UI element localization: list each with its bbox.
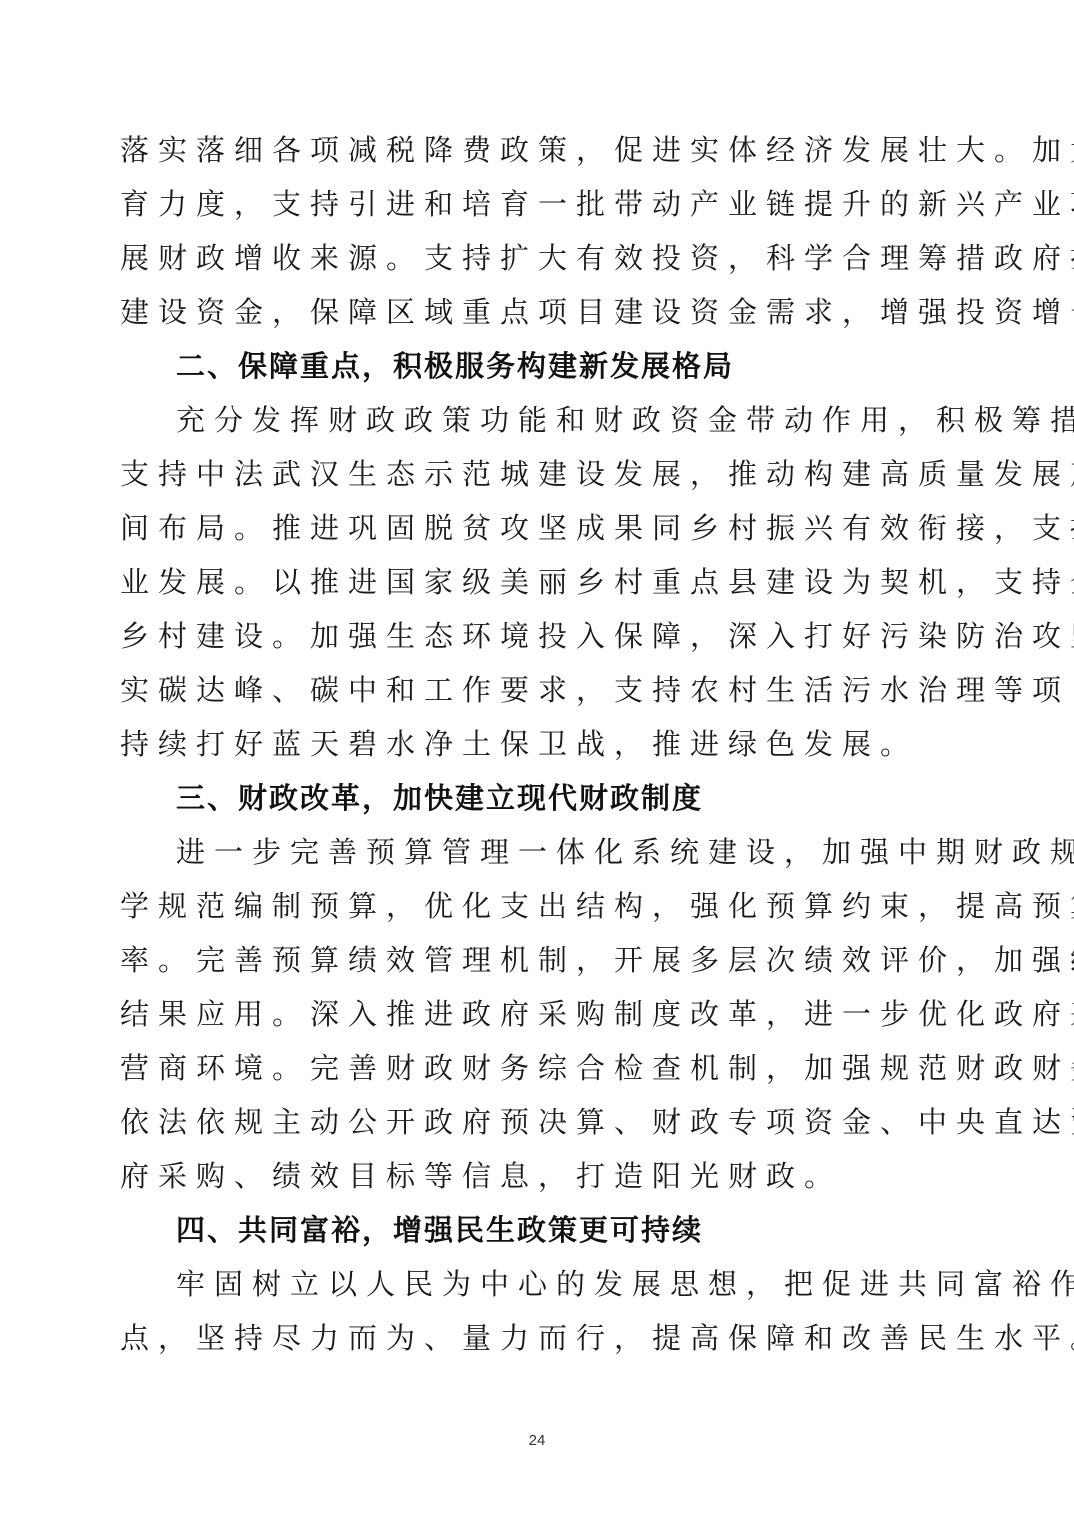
paragraph-line: 乡村建设。加强生态环境投入保障，深入打好污染防治攻坚战，落 xyxy=(120,614,980,658)
paragraph-line: 间布局。推进巩固脱贫攻坚成果同乡村振兴有效衔接，支持农业产 xyxy=(120,506,980,550)
paragraph-line: 业发展。以推进国家级美丽乡村重点县建设为契机，支持全域美丽 xyxy=(120,560,980,604)
page-number: 24 xyxy=(0,1432,1074,1449)
paragraph-line: 建设资金，保障区域重点项目建设资金需求，增强投资增长后劲。 xyxy=(120,290,980,334)
paragraph-line: 展财政增收来源。支持扩大有效投资，科学合理筹措政府投资项目 xyxy=(120,236,980,280)
section-heading: 四、共同富裕，增强民生政策更可持续 xyxy=(176,1208,703,1252)
paragraph-line: 落实落细各项减税降费政策，促进实体经济发展壮大。加大税源培 xyxy=(120,128,980,172)
paragraph-line: 营商环境。完善财政财务综合检查机制，加强规范财政财务管理。 xyxy=(120,1046,980,1090)
paragraph-line: 依法依规主动公开政府预决算、财政专项资金、中央直达资金、政 xyxy=(120,1100,980,1144)
paragraph-line: 进一步完善预算管理一体化系统建设，加强中期财政规划，科 xyxy=(176,830,1036,874)
paragraph-line: 点，坚持尽力而为、量力而行，提高保障和改善民生水平。落实就 xyxy=(120,1316,980,1360)
paragraph-line: 学规范编制预算，优化支出结构，强化预算约束，提高预算执行效 xyxy=(120,884,980,928)
document-page: 落实落细各项减税降费政策，促进实体经济发展壮大。加大税源培 育力度，支持引进和培… xyxy=(0,0,1074,1520)
paragraph-line: 持续打好蓝天碧水净土保卫战，推进绿色发展。 xyxy=(120,722,980,766)
paragraph-line: 实碳达峰、碳中和工作要求，支持农村生活污水治理等项目建设， xyxy=(120,668,980,712)
paragraph-line: 育力度，支持引进和培育一批带动产业链提升的新兴产业项目，拓 xyxy=(120,182,980,226)
paragraph-line: 结果应用。深入推进政府采购制度改革，进一步优化政府采购领域 xyxy=(120,992,980,1036)
paragraph-line: 率。完善预算绩效管理机制，开展多层次绩效评价，加强绩效评价 xyxy=(120,938,980,982)
paragraph-line: 府采购、绩效目标等信息，打造阳光财政。 xyxy=(120,1154,980,1198)
section-heading: 二、保障重点，积极服务构建新发展格局 xyxy=(176,344,734,388)
paragraph-line: 支持中法武汉生态示范城建设发展，推动构建高质量发展产业及空 xyxy=(120,452,980,496)
section-heading: 三、财政改革，加快建立现代财政制度 xyxy=(176,776,703,820)
paragraph-line: 充分发挥财政政策功能和财政资金带动作用，积极筹措资金， xyxy=(176,398,1036,442)
paragraph-line: 牢固树立以人民为中心的发展思想，把促进共同富裕作为着力 xyxy=(176,1262,1036,1306)
